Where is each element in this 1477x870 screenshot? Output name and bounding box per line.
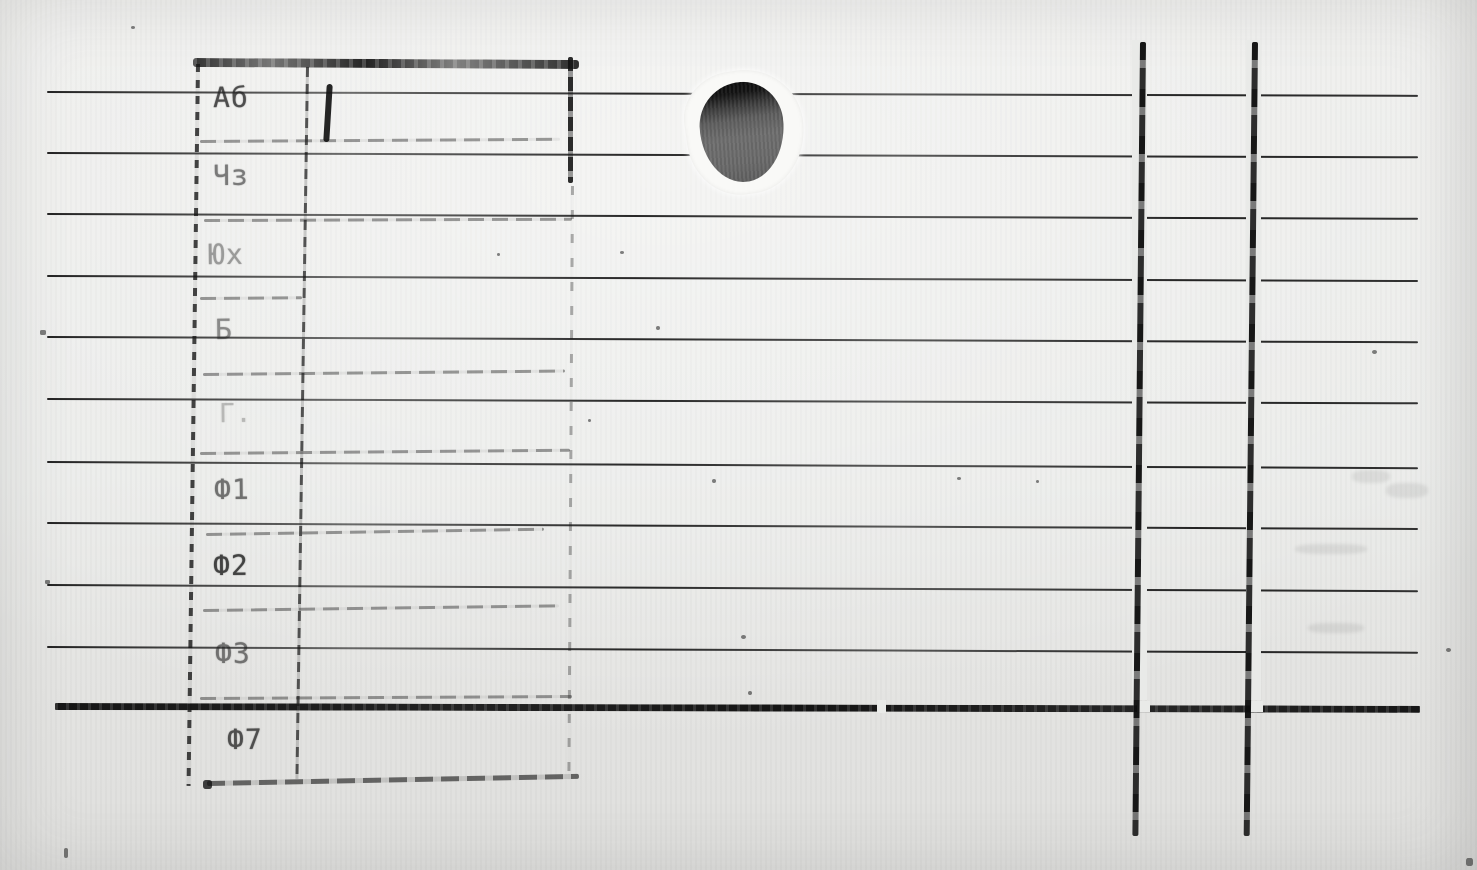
stamp-column-divider	[295, 67, 309, 779]
speck	[957, 477, 961, 480]
stamp-row-label-ab: Аб	[213, 84, 249, 112]
ruled-line	[47, 522, 1418, 530]
scan-edge-shading	[1423, 0, 1477, 870]
stamp-row-label-f7: Ф7	[227, 726, 263, 754]
column-line-halo	[1250, 701, 1263, 712]
stamp-row-rule	[203, 604, 559, 612]
speck	[1036, 480, 1039, 483]
scanned-card: Аб Чз Юх Б Г. Ф1 Ф2 Ф3 Ф7	[0, 0, 1477, 870]
stamp-row-rule	[200, 296, 302, 300]
stamp-right-edge-dashed	[567, 186, 574, 780]
stamp-top-edge	[193, 58, 579, 69]
stamp-row-label-chz: Чз	[213, 162, 249, 190]
ruled-line	[47, 336, 1418, 344]
speck	[712, 479, 716, 483]
speck	[748, 691, 752, 695]
speck	[131, 26, 135, 29]
stamp-corner-blot	[203, 780, 212, 789]
speck	[656, 326, 660, 330]
stamp-row-label-f1: Ф1	[214, 476, 250, 504]
ink-ghost	[1295, 544, 1367, 554]
speck	[741, 635, 746, 639]
speck	[620, 251, 624, 254]
speck	[64, 848, 68, 858]
ruled-line	[47, 461, 1418, 470]
stamp-row-label-f3: Ф3	[215, 640, 251, 668]
stamp-row-rule	[200, 449, 570, 455]
speck	[1372, 350, 1377, 354]
stamp-row-rule	[200, 695, 572, 700]
stamp-row-label-yuh: Юх	[208, 241, 244, 269]
line-gap	[877, 700, 886, 713]
stamp-row-label-g: Г.	[219, 401, 253, 427]
stamp-right-edge	[568, 57, 573, 183]
stamp-bottom-edge	[207, 774, 579, 786]
stamp-row-label-f2: Ф2	[213, 552, 249, 580]
ruled-line	[47, 584, 1418, 593]
thick-separator-line	[55, 703, 1420, 713]
stamp-row-rule	[206, 528, 544, 536]
stamp-row-rule	[203, 370, 565, 376]
ink-ghost	[1386, 483, 1428, 498]
ink-ghost	[1308, 623, 1364, 633]
stamp-left-edge	[187, 64, 200, 786]
stamp-row-rule	[204, 218, 572, 222]
speck	[497, 253, 500, 256]
speck	[588, 419, 591, 422]
ruled-line	[47, 398, 1418, 405]
ink-ghost	[1352, 470, 1390, 483]
speck	[40, 330, 46, 335]
stamp-row-rule	[200, 138, 560, 143]
ruled-line	[47, 646, 1418, 654]
speck	[45, 580, 50, 584]
stamp-row-label-b: Б	[215, 316, 233, 344]
ruled-line	[47, 275, 1418, 282]
